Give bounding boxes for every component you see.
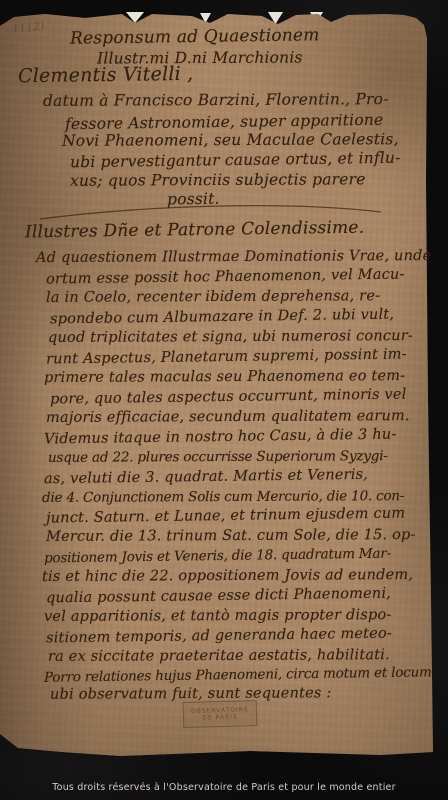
- body-line: quod triplicitates et signa, ubi numeros…: [48, 328, 413, 346]
- body-line: ubi observatum fuit, sunt sequentes :: [50, 685, 332, 702]
- title-line: Novi Phaenomeni, seu Maculae Caelestis,: [62, 130, 399, 150]
- body-line: primere tales maculas seu Phaenomena eo …: [44, 368, 405, 386]
- body-line: vel apparitionis, et tantò magis propter…: [44, 607, 392, 625]
- body-line: die 4. Conjunctionem Solis cum Mercurio,…: [42, 488, 404, 506]
- footer-caption: Tous droits réservés à l'Observatoire de…: [0, 782, 448, 793]
- body-line: Ad quaestionem Illustrmae Dominationis V…: [36, 248, 431, 266]
- body-line: majoris efficaciae, secundum qualitatem …: [46, 408, 410, 426]
- title-line: xus; quos Provinciis subjectis parere: [70, 170, 366, 190]
- body-line: la in Coelo, recenter ibidem deprehensa,…: [46, 288, 380, 306]
- body-line: usque ad 22. plures occurrisse Superioru…: [48, 448, 388, 466]
- archive-stamp-line2: DE PARIS: [202, 714, 238, 722]
- body-line: tis et hinc die 22. oppositionem Jovis a…: [42, 567, 413, 585]
- title-line: datum à Francisco Barzini, Florentin., P…: [43, 90, 389, 110]
- body-line: ra ex siccitate praeteritae aestatis, ha…: [48, 647, 390, 665]
- archive-stamp: OBSERVATOIRE DE PARIS: [183, 700, 258, 728]
- title-line: Clementis Vitelli ,: [18, 63, 194, 87]
- title-line: Responsum ad Quaestionem: [70, 25, 320, 48]
- manuscript-photo: 1112) Responsum ad Quaestionem Illustr.m…: [0, 0, 448, 800]
- body-line: Mercur. die 13. trinum Sat. cum Sole, di…: [46, 527, 416, 545]
